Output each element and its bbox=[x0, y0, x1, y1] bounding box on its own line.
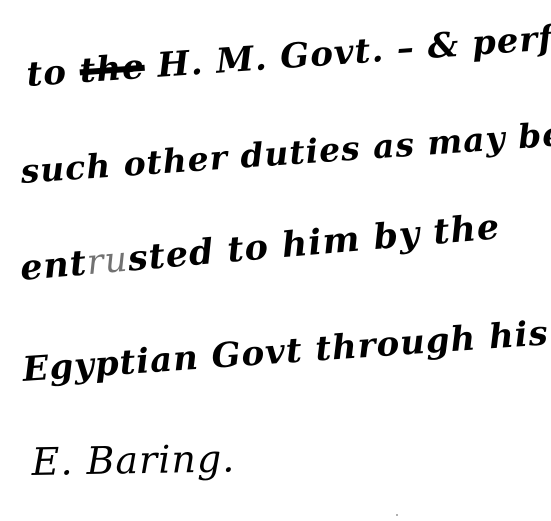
paper-speck bbox=[396, 514, 398, 516]
handwritten-page: to the H. M. Govt. – & perform such othe… bbox=[0, 0, 551, 521]
line-1-rest: H. M. Govt. – & perform bbox=[143, 13, 551, 87]
signature-text: E. Baring. bbox=[31, 436, 235, 484]
text-line-3: entrusted to him by the bbox=[18, 206, 501, 289]
line-2-text: such other duties as may be bbox=[19, 114, 551, 191]
line-1-start: to bbox=[25, 51, 81, 95]
text-line-4: Egyptian Govt through his bbox=[21, 313, 550, 390]
text-line-2: such other duties as may be bbox=[19, 114, 551, 191]
struck-out-word: the bbox=[78, 47, 146, 91]
faded-letters: ru bbox=[85, 240, 130, 283]
line-3-rest: sted to him by the bbox=[126, 206, 501, 279]
line-4-text: Egyptian Govt through his bbox=[21, 313, 550, 390]
line-3-start: ent bbox=[18, 242, 88, 289]
text-line-1: to the H. M. Govt. – & perform bbox=[25, 13, 551, 95]
signature: E. Baring. bbox=[31, 436, 235, 484]
